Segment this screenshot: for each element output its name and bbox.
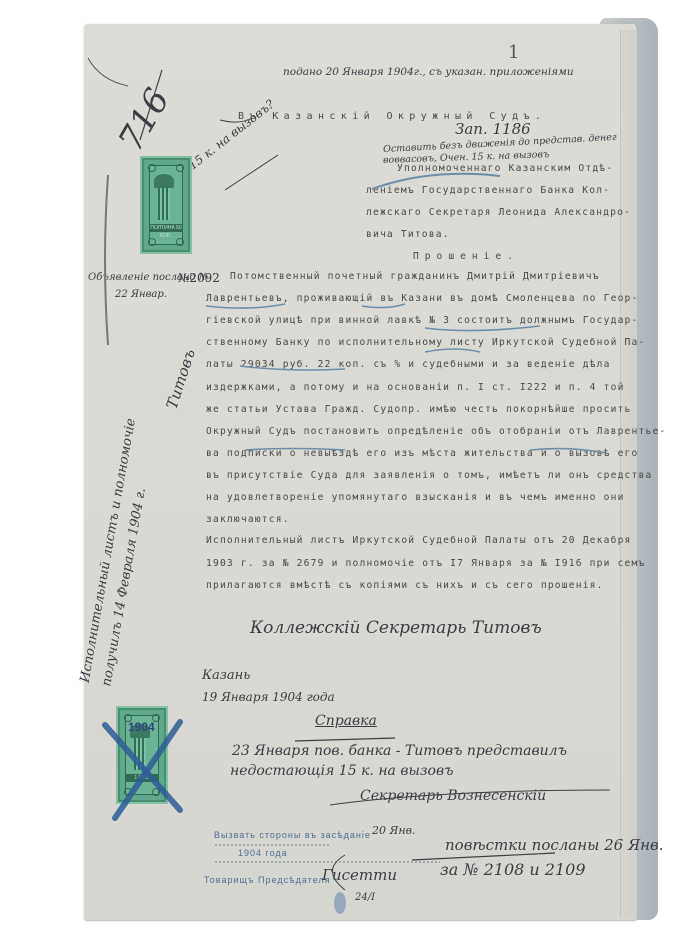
ink-strokes <box>0 0 700 933</box>
